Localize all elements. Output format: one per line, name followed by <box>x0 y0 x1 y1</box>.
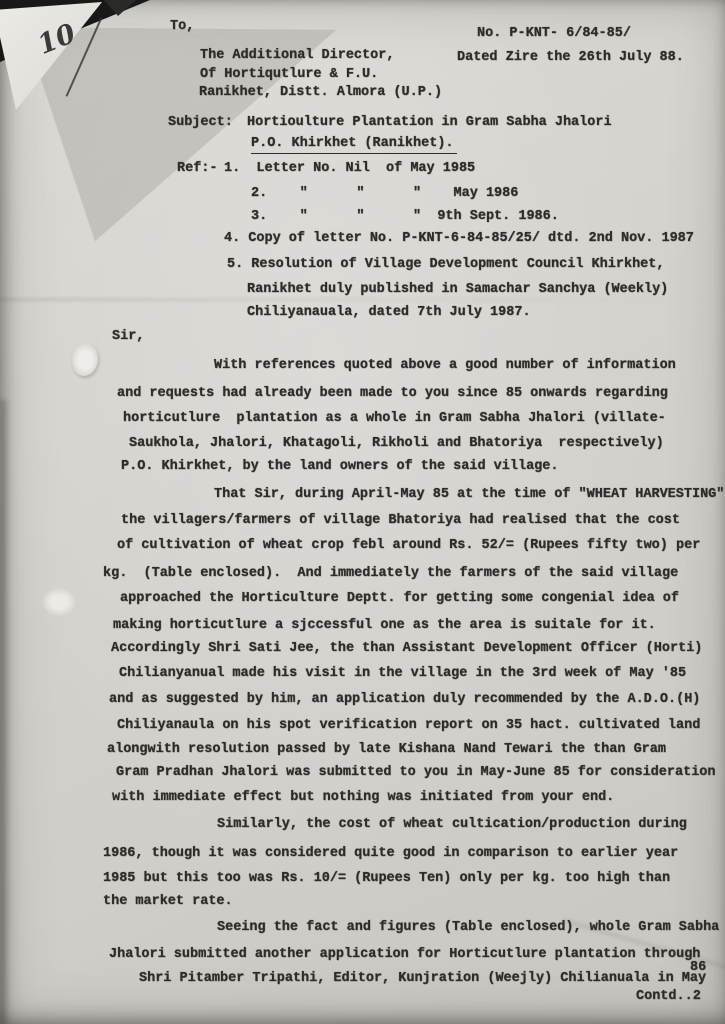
salutation: Sir, <box>112 328 144 345</box>
ref-item: 1. Letter No. Nil of May 1985 <box>224 160 475 177</box>
addressee-line: Of Hortiqutlure & F.U. <box>200 66 378 83</box>
body-line: Seeing the fact and figures (Table enclo… <box>217 919 719 936</box>
body-line: 1986, though it was considered quite goo… <box>103 845 678 862</box>
body-line: Jhalori submitted another application fo… <box>109 946 700 963</box>
left-edge-shadow <box>0 400 10 1024</box>
paper-smudge <box>42 588 76 616</box>
subject-line-underlined: P.O. Khirkhet (Ranikhet). <box>251 135 457 154</box>
body-line: alongwith resolution passed by late Kish… <box>107 741 666 758</box>
body-line: P.O. Khirkhet, by the land owners of the… <box>121 458 558 475</box>
addressee-line: The Additional Director, <box>200 47 394 64</box>
body-line: Chiliyanaula on his spot verification re… <box>117 717 700 734</box>
body-line: With references quoted above a good numb… <box>214 357 676 374</box>
body-line: Similarly, the cost of wheat cultication… <box>217 816 687 833</box>
body-line: 1985 but this too was Rs. 10/= (Rupees T… <box>103 870 670 887</box>
body-line: approached the Horticulture Deptt. for g… <box>120 590 679 607</box>
body-line: kg. (Table enclosed). And immediately th… <box>103 565 678 582</box>
ref-item: Ranikhet duly published in Samachar Sanc… <box>247 281 668 298</box>
body-line: the villagers/farmers of village Bhatori… <box>121 512 680 529</box>
body-line: of cultivation of wheat crop febl around… <box>117 537 700 554</box>
ref-item: 4. Copy of letter No. P-KNT-6-84-85/25/ … <box>224 230 694 247</box>
horizontal-crease <box>0 298 725 301</box>
letter-ref-number: No. P-KNT- 6/84-85/ <box>477 25 631 42</box>
body-line: Gram Pradhan Jhalori was submitted to yo… <box>116 764 716 781</box>
body-line: Chilianyanual made his visit in the vill… <box>119 665 686 682</box>
ref-label: Ref:- <box>177 160 218 177</box>
body-line: and requests had already been made to yo… <box>117 385 668 402</box>
ref-item: 3. " " " 9th Sept. 1986. <box>251 208 559 225</box>
body-line: horticutlure plantation as a whole in Gr… <box>123 410 666 427</box>
body-line: making horticutlure a sjccessful one as … <box>113 617 656 634</box>
continuation-note: Contd..2 <box>636 988 701 1005</box>
body-line: That Sir, during April-May 85 at the tim… <box>214 486 724 503</box>
ref-item: Chiliyanauala, dated 7th July 1987. <box>247 304 531 321</box>
body-line: Shri Pitamber Tripathi, Editor, Kunjrati… <box>139 970 706 987</box>
subject-line: Hortioulture Plantation in Gram Sabha Jh… <box>247 114 612 131</box>
marginal-number: 86 <box>690 959 706 976</box>
body-line: the market rate. <box>103 893 233 910</box>
body-line: Accordingly Shri Sati Jee, the than Assi… <box>111 640 702 657</box>
body-line: Saukhola, Jhalori, Khatagoli, Rikholi an… <box>129 435 664 452</box>
ref-item: 5. Resolution of Village Development Cou… <box>227 256 664 273</box>
letter-date: Dated Zire the 26th July 88. <box>457 49 684 66</box>
addressee-line: Ranikhet, Distt. Almora (U.P.) <box>199 84 442 101</box>
subject-label: Subject: <box>168 114 233 131</box>
body-line: with immediate effect but nothing was in… <box>112 789 614 806</box>
ref-item: 2. " " " May 1986 <box>251 185 518 202</box>
paper-hole-spot <box>72 344 98 376</box>
to-label: To, <box>170 18 194 35</box>
scanned-letter-page: 10 To, No. P-KNT- 6/84-85/ The Additiona… <box>0 0 725 1024</box>
body-line: and as suggested by him, an application … <box>109 691 700 708</box>
